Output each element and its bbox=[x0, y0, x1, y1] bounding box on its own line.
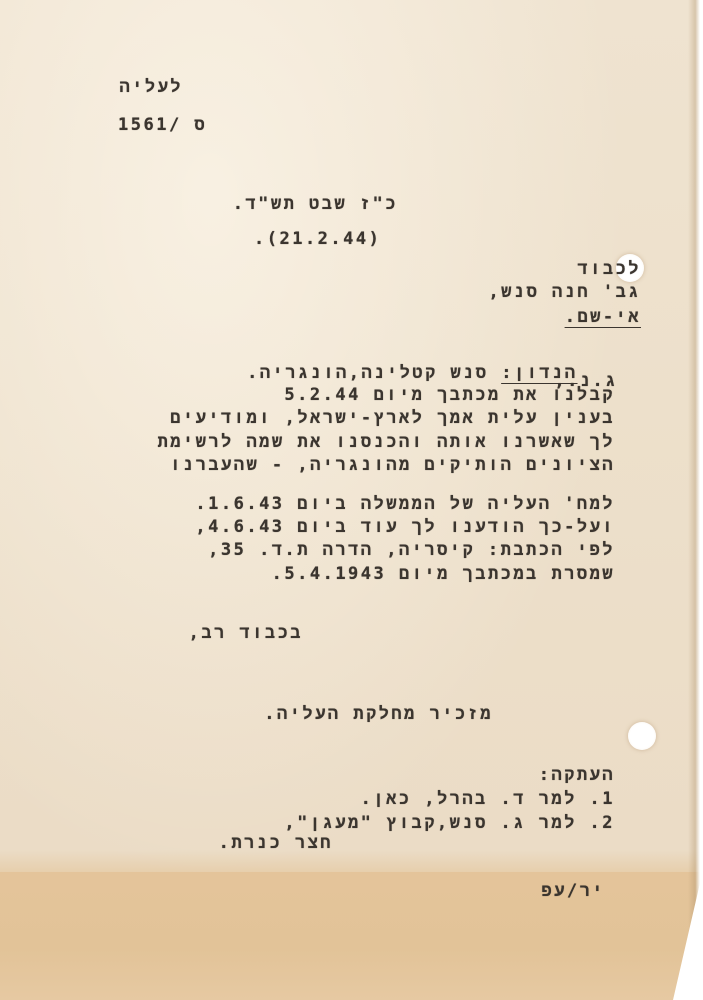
department-label: לעליה bbox=[119, 76, 183, 98]
recipient-location: אי-שם. bbox=[565, 306, 641, 328]
body-line-1: קבלנו את מכתבך מיום 5.2.44 bbox=[284, 384, 615, 406]
typist-initials: יר/עפ bbox=[541, 880, 605, 902]
body-line-2: בענין עלית אמך לארץ-ישראל, ומודיעים bbox=[170, 407, 615, 429]
signature: מזכיר מחלקת העליה. bbox=[264, 703, 493, 725]
subject-text: סנש קטלינה,הונגריה. bbox=[247, 363, 488, 383]
body-line-3: לך שאשרנו אותה והכנסנו את שמה לרשימת bbox=[158, 431, 615, 453]
recipient-salutation: לכבוד bbox=[577, 258, 641, 280]
body-line-5: למח' העליה של הממשלה ביום 1.6.43. bbox=[195, 493, 615, 515]
closing: בכבוד רב, bbox=[189, 622, 303, 644]
paper-edge bbox=[688, 0, 700, 1000]
recipient-name: גב' חנה סנש, bbox=[488, 281, 641, 303]
date-hebrew: כ"ז שבט תש"ד. bbox=[233, 193, 398, 215]
reference-number: 1561/ ס bbox=[118, 114, 207, 136]
date-gregorian: .(21.2.44) bbox=[254, 228, 381, 250]
copies-label: העתקה: bbox=[539, 764, 615, 786]
subject-line: הנדון: סנש קטלינה,הונגריה. bbox=[247, 340, 603, 384]
reference-number-text: 1561/ ס bbox=[118, 115, 207, 135]
body-line-7: לפי הכתבת: קיסריה, הדרה ת.ד. 35, bbox=[208, 539, 615, 561]
copy-item-2-continued: חצר כנרת. bbox=[219, 832, 333, 854]
copy-item-2: 2. למר ג. סנש,קבוץ "מעגן", bbox=[284, 812, 615, 834]
body-line-8: שמסרת במכתבך מיום 5.4.1943. bbox=[272, 563, 615, 585]
date-gregorian-text: .(21.2.44) bbox=[254, 229, 381, 249]
punch-hole-bottom bbox=[628, 722, 656, 750]
body-line-4: הציונים הותיקים מהונגריה, - שהעברנו bbox=[170, 454, 615, 476]
subject-space bbox=[489, 363, 502, 383]
body-line-6: ועל-כך הודענו לך עוד ביום 4.6.43, bbox=[195, 516, 615, 538]
copy-item-1: 1. למר ד. בהרל, כאן. bbox=[361, 788, 615, 810]
